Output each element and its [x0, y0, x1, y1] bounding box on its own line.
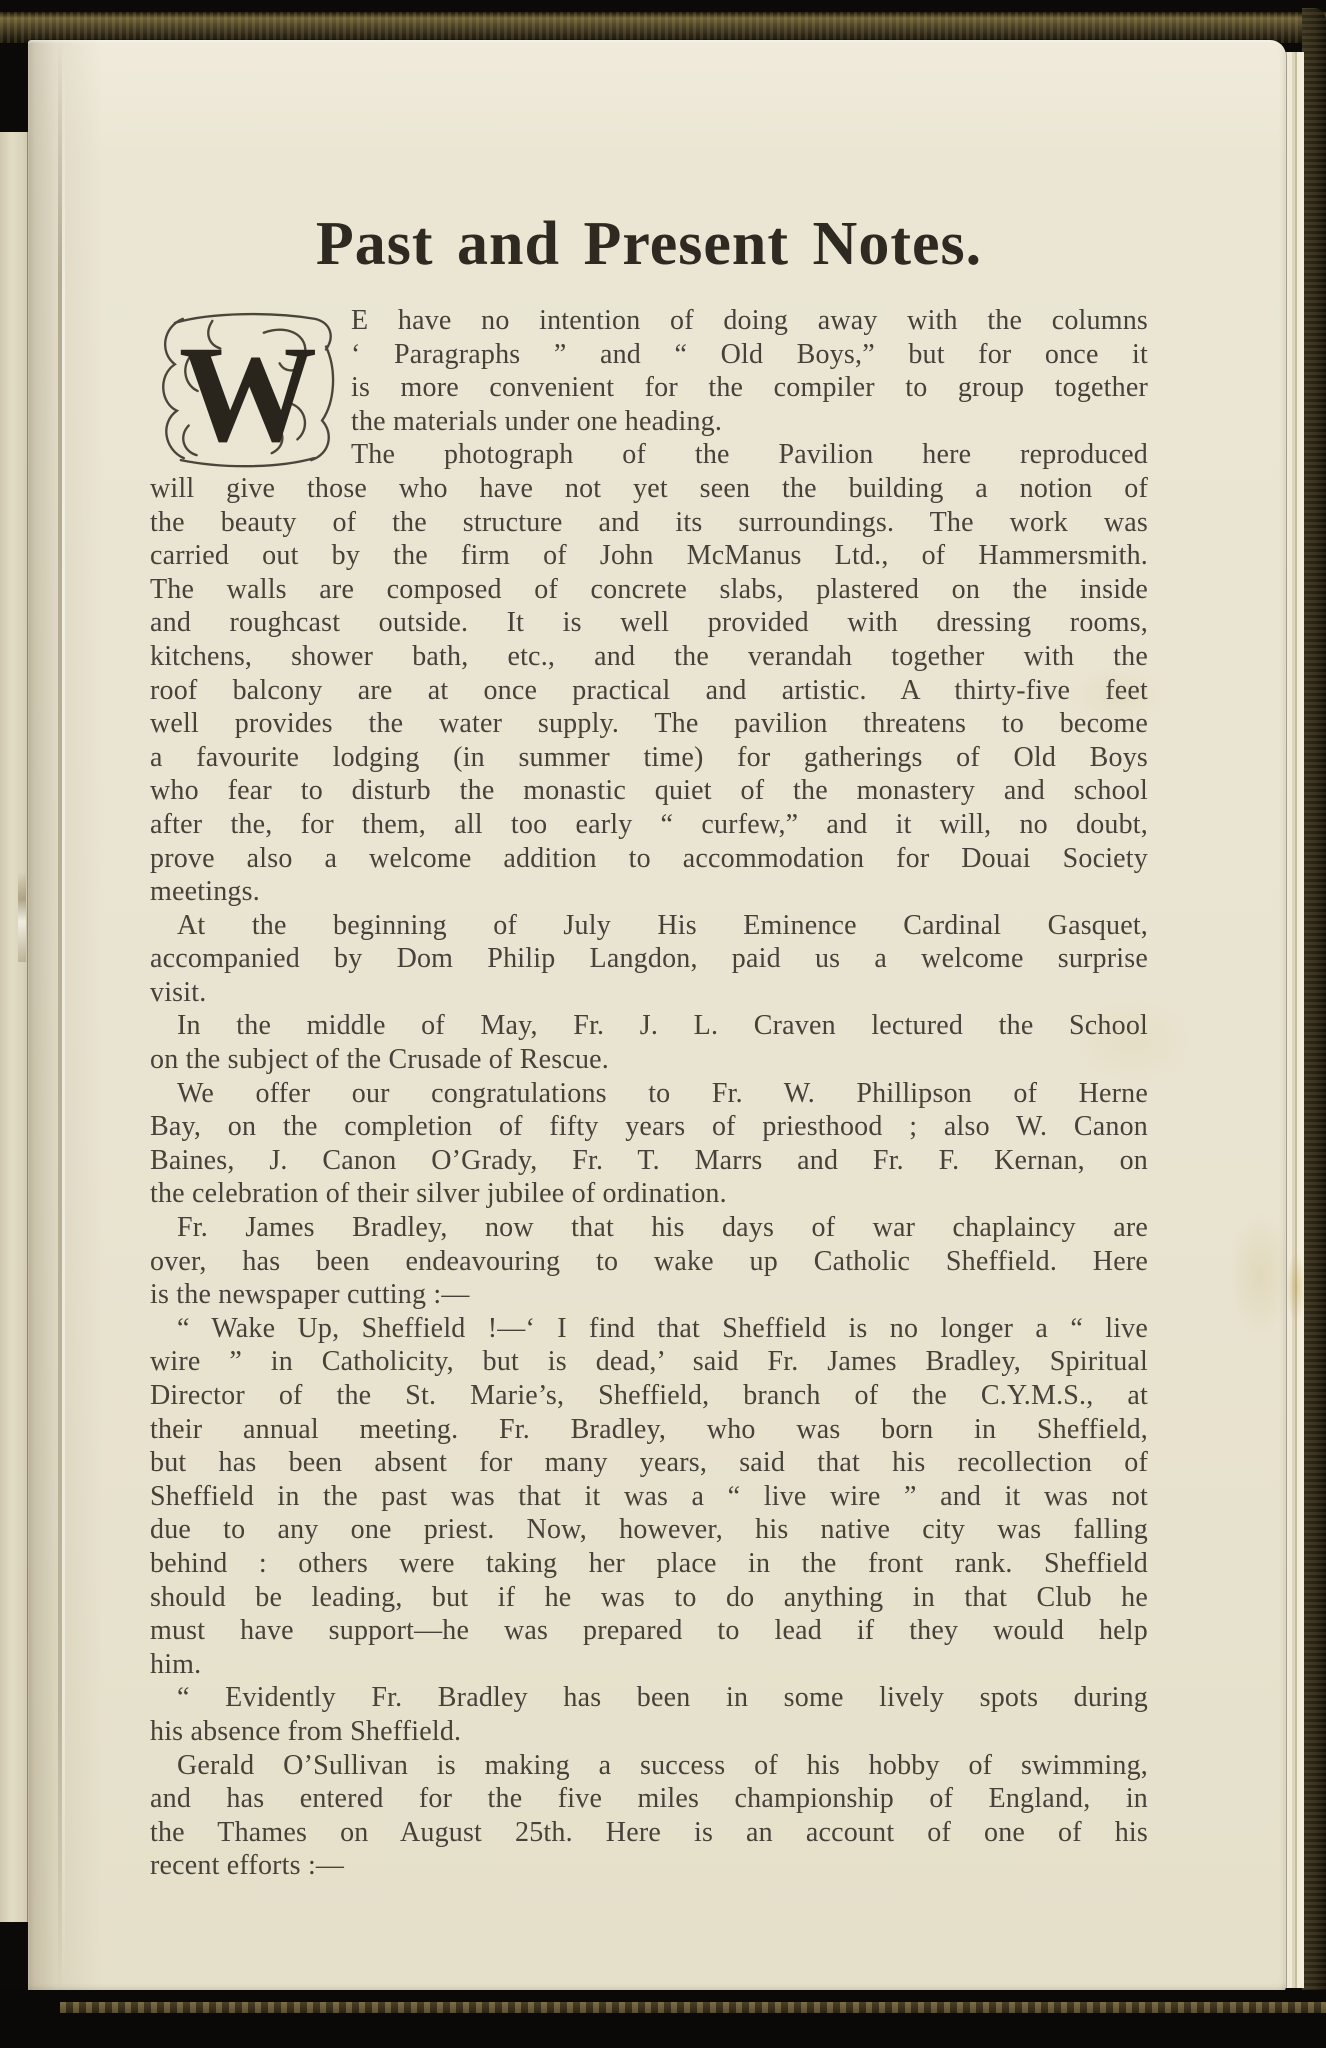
- text-line: In the middle of May, Fr. J. L. Craven l…: [150, 1009, 1148, 1043]
- text-line: prove also a welcome addition to accommo…: [150, 842, 1148, 876]
- text-line: will give those who have not yet seen th…: [150, 472, 1148, 506]
- text-line: the beauty of the structure and its surr…: [150, 506, 1148, 540]
- text-line: kitchens, shower bath, etc., and the ver…: [150, 640, 1148, 674]
- gutter-highlight: [62, 40, 65, 1994]
- text-line: the celebration of their silver jubilee …: [150, 1177, 1148, 1211]
- text-line: who fear to disturb the monastic quiet o…: [150, 774, 1148, 808]
- page-crease-tear: [18, 872, 26, 962]
- text-line: Fr. James Bradley, now that his days of …: [150, 1211, 1148, 1245]
- cover-thread-highlight: [60, 2002, 1326, 2013]
- drop-cap-letter: W: [179, 317, 317, 469]
- text-line: recent efforts :—: [150, 1849, 1148, 1883]
- text-line: the Thames on August 25th. Here is an ac…: [150, 1816, 1148, 1850]
- text-line: and roughcast outside. It is well provid…: [150, 606, 1148, 640]
- text-line: is the newspaper cutting :—: [150, 1278, 1148, 1312]
- text-line: roof balcony are at once practical and a…: [150, 674, 1148, 708]
- text-line: should be leading, but if he was to do a…: [150, 1581, 1148, 1615]
- text-line: after the, for them, all too early “ cur…: [150, 808, 1148, 842]
- book-page: Past and Present Notes.: [28, 40, 1286, 1994]
- text-line: At the beginning of July His Eminence Ca…: [150, 909, 1148, 943]
- text-line: Baines, J. Canon O’Grady, Fr. T. Marrs a…: [150, 1144, 1148, 1178]
- text-line: wire ” in Catholicity, but is dead,’ sai…: [150, 1345, 1148, 1379]
- text-line: We offer our congratulations to Fr. W. P…: [150, 1077, 1148, 1111]
- text-line: and has entered for the five miles champ…: [150, 1782, 1148, 1816]
- text-line: carried out by the firm of John McManus …: [150, 539, 1148, 573]
- page-content: Past and Present Notes.: [150, 208, 1148, 1883]
- text-line: on the subject of the Crusade of Rescue.: [150, 1043, 1148, 1077]
- line-container: E have no intention of doing away with t…: [150, 304, 1148, 1883]
- text-line: well provides the water supply. The pavi…: [150, 707, 1148, 741]
- book-scan: Past and Present Notes.: [0, 0, 1326, 2048]
- book-cover-right-edge: [1302, 8, 1326, 2013]
- text-line: accompanied by Dom Philip Langdon, paid …: [150, 942, 1148, 976]
- drop-cap-ornament: W: [152, 309, 340, 469]
- page-edges-right: [1284, 52, 1304, 1988]
- text-line: Gerald O’Sullivan is making a success of…: [150, 1749, 1148, 1783]
- text-line: their annual meeting. Fr. Bradley, who w…: [150, 1413, 1148, 1447]
- text-line: but has been absent for many years, said…: [150, 1446, 1148, 1480]
- drop-cap: W: [152, 309, 340, 469]
- text-line: due to any one priest. Now, however, his…: [150, 1513, 1148, 1547]
- text-line: The walls are composed of concrete slabs…: [150, 573, 1148, 607]
- text-line: Bay, on the completion of fifty years of…: [150, 1110, 1148, 1144]
- text-line: behind : others were taking her place in…: [150, 1547, 1148, 1581]
- text-line: “ Evidently Fr. Bradley has been in some…: [150, 1681, 1148, 1715]
- text-line: over, has been endeavouring to wake up C…: [150, 1245, 1148, 1279]
- text-line: his absence from Sheffield.: [150, 1715, 1148, 1749]
- book-cover-bottom-edge: [0, 1990, 1326, 2048]
- book-cover-top-edge: [0, 12, 1326, 43]
- text-line: a favourite lodging (in summer time) for…: [150, 741, 1148, 775]
- text-line: must have support—he was prepared to lea…: [150, 1614, 1148, 1648]
- page-title: Past and Present Notes.: [150, 208, 1148, 280]
- body-text: W E have no intention of doing away with…: [150, 304, 1148, 1883]
- text-line: “ Wake Up, Sheffield !—‘ I find that She…: [150, 1312, 1148, 1346]
- text-line: Sheffield in the past was that it was a …: [150, 1480, 1148, 1514]
- text-line: Director of the St. Marie’s, Sheffield, …: [150, 1379, 1148, 1413]
- text-line: visit.: [150, 976, 1148, 1010]
- text-line: him.: [150, 1648, 1148, 1682]
- text-line: meetings.: [150, 875, 1148, 909]
